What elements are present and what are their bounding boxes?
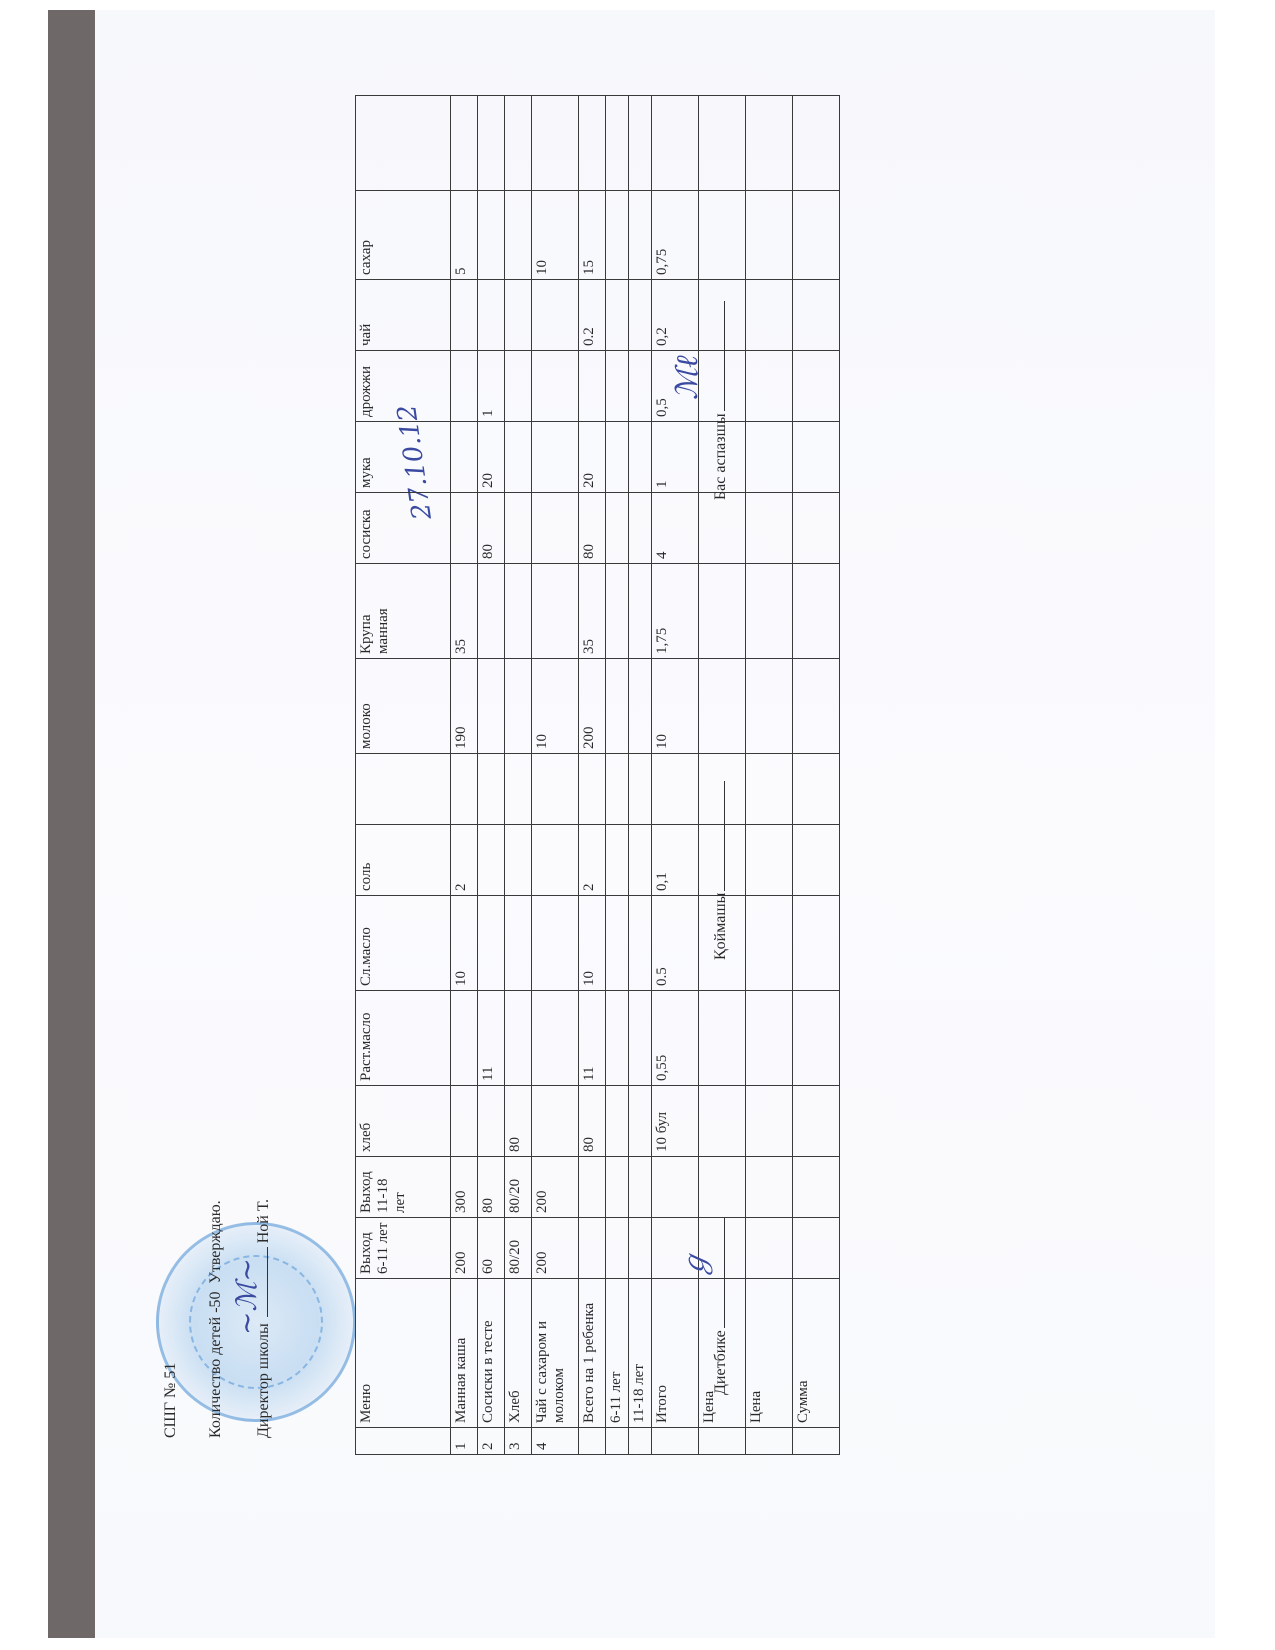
table-cell: Сосиски в тесте	[478, 1279, 505, 1428]
table-cell: 0.5	[652, 896, 699, 991]
table-cell: 15	[579, 191, 606, 280]
table-cell: Итого	[652, 1279, 699, 1428]
table-cell	[793, 896, 840, 991]
approved-label: Утверждаю.	[207, 1200, 224, 1283]
table-cell: 1	[478, 351, 505, 422]
table-cell	[532, 1086, 579, 1157]
column-header: дрожжи	[356, 351, 451, 422]
table-cell	[532, 422, 579, 493]
table-cell	[746, 564, 793, 659]
table-cell	[532, 754, 579, 825]
table-cell	[579, 754, 606, 825]
table-cell	[629, 96, 652, 191]
table-cell: 10	[532, 659, 579, 754]
table-cell	[451, 351, 478, 422]
table-cell	[532, 351, 579, 422]
table-cell	[532, 825, 579, 896]
table-cell	[451, 280, 478, 351]
table-cell: 35	[579, 564, 606, 659]
table-cell: Цена	[746, 1279, 793, 1428]
table-row: Всего на 1 ребенка80111022003580200.215	[579, 96, 606, 1455]
column-header: молоко	[356, 659, 451, 754]
table-cell: 0.2	[579, 280, 606, 351]
column-header	[356, 96, 451, 191]
table-cell	[606, 564, 629, 659]
table-cell	[606, 493, 629, 564]
table-cell	[746, 191, 793, 280]
table-cell	[478, 96, 505, 191]
table-cell	[699, 991, 746, 1086]
table-row: Сумма	[793, 96, 840, 1455]
table-cell: 10 бул	[652, 1086, 699, 1157]
table-cell	[793, 754, 840, 825]
table-cell	[478, 659, 505, 754]
table-cell: 10	[532, 191, 579, 280]
table-cell: 60	[478, 1218, 505, 1279]
table-header-row: МенюВыход 6-11 летВыход 11-18 летхлебРас…	[356, 96, 451, 1455]
table-cell: 10	[451, 896, 478, 991]
table-cell	[629, 825, 652, 896]
table-cell	[505, 896, 532, 991]
head-cook-signature: ℳℓ	[670, 355, 705, 400]
column-header: Меню	[356, 1279, 451, 1428]
table-row: 1Манная каша200300102190355	[451, 96, 478, 1455]
column-header: соль	[356, 825, 451, 896]
head-cook-signature-field: Бас аспазшы	[710, 301, 730, 500]
table-cell	[746, 351, 793, 422]
table-cell	[606, 991, 629, 1086]
table-cell: 200	[451, 1218, 478, 1279]
column-header: Сл.масло	[356, 896, 451, 991]
table-cell: 11-18 лет	[629, 1279, 652, 1428]
table-cell: 10	[579, 896, 606, 991]
table-cell	[746, 825, 793, 896]
table-cell: Манная каша	[451, 1279, 478, 1428]
table-cell: 80	[478, 493, 505, 564]
table-cell	[505, 351, 532, 422]
table-cell: 0,2	[652, 280, 699, 351]
table-cell: 10	[652, 659, 699, 754]
table-cell	[699, 96, 746, 191]
column-header: сосиска	[356, 493, 451, 564]
table-row: Цена	[746, 96, 793, 1455]
table-cell: 0,1	[652, 825, 699, 896]
table-cell	[793, 422, 840, 493]
table-row: 6-11 лет	[606, 96, 629, 1455]
table-cell	[746, 1157, 793, 1218]
document-page: СШГ № 51 Количество детей -50 Утверждаю.…	[110, 80, 990, 1580]
table-cell	[451, 1086, 478, 1157]
school-name: СШГ № 51	[162, 1363, 180, 1438]
table-cell	[505, 280, 532, 351]
table-cell	[451, 754, 478, 825]
table-cell	[629, 493, 652, 564]
table-cell	[606, 1157, 629, 1218]
table-cell	[629, 564, 652, 659]
table-cell	[699, 493, 746, 564]
column-header: мука	[356, 422, 451, 493]
director-name: Ной Т.	[255, 1199, 272, 1243]
column-header	[356, 1428, 451, 1455]
table-cell	[579, 351, 606, 422]
table-cell	[505, 564, 532, 659]
table-cell	[579, 1428, 606, 1455]
table-cell: 2	[451, 825, 478, 896]
table-cell	[606, 422, 629, 493]
table-row: 3Хлеб80/2080/2080	[505, 96, 532, 1455]
table-cell: 20	[478, 422, 505, 493]
table-cell	[505, 825, 532, 896]
table-cell	[532, 991, 579, 1086]
table-cell	[606, 825, 629, 896]
table-cell	[793, 564, 840, 659]
table-cell: 1	[451, 1428, 478, 1455]
column-header: Крупа манная	[356, 564, 451, 659]
table-cell	[793, 1086, 840, 1157]
table-cell	[629, 991, 652, 1086]
table-cell	[532, 564, 579, 659]
dietitian-signature: ℊ	[670, 1250, 714, 1280]
table-cell	[746, 896, 793, 991]
table-cell	[652, 754, 699, 825]
table-cell: 1	[652, 422, 699, 493]
table-cell: 300	[451, 1157, 478, 1218]
column-header: Выход 11-18 лет	[356, 1157, 451, 1218]
table-cell	[793, 825, 840, 896]
children-count-line: Количество детей -50 Утверждаю.	[207, 1200, 225, 1438]
table-cell	[746, 659, 793, 754]
table-cell: 0,75	[652, 191, 699, 280]
table-cell	[505, 191, 532, 280]
table-cell	[629, 191, 652, 280]
table-cell	[606, 96, 629, 191]
table-cell	[451, 96, 478, 191]
table-cell: 190	[451, 659, 478, 754]
table-cell	[652, 1428, 699, 1455]
table-cell	[793, 1428, 840, 1455]
table-cell	[629, 280, 652, 351]
table-cell	[478, 1086, 505, 1157]
table-cell	[793, 1157, 840, 1218]
table-cell	[699, 564, 746, 659]
table-cell	[699, 1428, 746, 1455]
table-cell: 80/20	[505, 1218, 532, 1279]
table-cell	[629, 1086, 652, 1157]
scanner-edge	[48, 10, 95, 1638]
table-cell	[793, 191, 840, 280]
table-cell	[746, 991, 793, 1086]
table-cell	[793, 280, 840, 351]
signature-line	[710, 781, 725, 891]
table-cell	[746, 1218, 793, 1279]
table-cell	[478, 191, 505, 280]
storekeeper-signature-field: Қоймашы	[710, 781, 730, 960]
table-cell: Хлеб	[505, 1279, 532, 1428]
table-cell	[652, 1157, 699, 1218]
menu-table: МенюВыход 6-11 летВыход 11-18 летхлебРас…	[355, 95, 840, 1455]
table-cell	[532, 96, 579, 191]
table-cell	[793, 96, 840, 191]
table-cell	[478, 896, 505, 991]
table-cell: 200	[532, 1157, 579, 1218]
column-header: чай	[356, 280, 451, 351]
table-cell	[606, 896, 629, 991]
table-cell	[793, 493, 840, 564]
head-cook-label: Бас аспазшы	[712, 413, 729, 500]
table-cell	[629, 1218, 652, 1279]
table-cell	[793, 659, 840, 754]
table-cell	[606, 1218, 629, 1279]
table-cell	[606, 280, 629, 351]
table-cell: 80	[579, 1086, 606, 1157]
table-cell	[746, 96, 793, 191]
table-cell	[606, 191, 629, 280]
signature-line	[710, 301, 725, 411]
director-signature: ~ℳ~	[230, 1258, 263, 1335]
table-cell: 11	[478, 991, 505, 1086]
table-cell	[629, 754, 652, 825]
table-cell: 5	[451, 191, 478, 280]
table-cell	[505, 754, 532, 825]
table-cell	[532, 493, 579, 564]
table-cell	[606, 659, 629, 754]
table-cell	[699, 1086, 746, 1157]
table-cell: 2	[579, 825, 606, 896]
table-cell: 6-11 лет	[606, 1279, 629, 1428]
table-cell	[579, 96, 606, 191]
table-cell	[579, 1218, 606, 1279]
table-row: 4Чай с сахаром и молоком2002001010	[532, 96, 579, 1455]
table-cell	[451, 493, 478, 564]
table-cell	[746, 1428, 793, 1455]
table-cell	[505, 991, 532, 1086]
table-cell: 4	[532, 1428, 579, 1455]
table-cell: 80/20	[505, 1157, 532, 1218]
table-cell: Всего на 1 ребенка	[579, 1279, 606, 1428]
table-cell	[532, 280, 579, 351]
table-cell	[746, 493, 793, 564]
table-cell	[793, 351, 840, 422]
column-header	[356, 754, 451, 825]
table-body: 1Манная каша2003001021903552Сосиски в те…	[451, 96, 840, 1455]
table-cell	[629, 1428, 652, 1455]
table-cell	[699, 1157, 746, 1218]
column-header: Раст.масло	[356, 991, 451, 1086]
table-row: 11-18 лет	[629, 96, 652, 1455]
table-cell: 80	[579, 493, 606, 564]
column-header: Выход 6-11 лет	[356, 1218, 451, 1279]
table-cell	[478, 825, 505, 896]
table-cell: 2	[478, 1428, 505, 1455]
table-cell	[478, 280, 505, 351]
table-cell: 200	[532, 1218, 579, 1279]
table-cell	[746, 280, 793, 351]
table-cell	[629, 1157, 652, 1218]
children-count: Количество детей -50	[207, 1291, 224, 1438]
table-cell	[652, 96, 699, 191]
table-cell	[478, 564, 505, 659]
table-row: 2Сосиски в тесте60801180201	[478, 96, 505, 1455]
table-cell: 11	[579, 991, 606, 1086]
table-cell	[505, 493, 532, 564]
table-cell: 1,75	[652, 564, 699, 659]
table-cell	[699, 191, 746, 280]
table-cell	[606, 1428, 629, 1455]
table-cell: 4	[652, 493, 699, 564]
table-cell	[793, 1218, 840, 1279]
table-cell	[629, 659, 652, 754]
table-cell: 80	[478, 1157, 505, 1218]
table-cell: 80	[505, 1086, 532, 1157]
table-cell	[451, 991, 478, 1086]
table-cell: Сумма	[793, 1279, 840, 1428]
table-cell	[579, 1157, 606, 1218]
table-cell: 3	[505, 1428, 532, 1455]
dietitian-signature-field: Диетбике	[710, 1218, 730, 1395]
dietitian-label: Диетбике	[712, 1330, 729, 1395]
table-cell	[505, 422, 532, 493]
table-cell	[793, 991, 840, 1086]
column-header: хлеб	[356, 1086, 451, 1157]
table-cell	[532, 896, 579, 991]
table-cell: 200	[579, 659, 606, 754]
table-cell: 0,55	[652, 991, 699, 1086]
table-cell	[746, 422, 793, 493]
table-cell	[746, 754, 793, 825]
table-cell	[629, 896, 652, 991]
table-cell	[478, 754, 505, 825]
table-cell: Чай с сахаром и молоком	[532, 1279, 579, 1428]
table-cell: 35	[451, 564, 478, 659]
table-cell	[505, 659, 532, 754]
table-cell: 20	[579, 422, 606, 493]
director-label: Директор школы	[255, 1323, 272, 1438]
table-cell	[629, 422, 652, 493]
table-cell	[699, 659, 746, 754]
table-cell	[451, 422, 478, 493]
table-cell	[606, 754, 629, 825]
table-cell	[606, 351, 629, 422]
table-cell	[606, 1086, 629, 1157]
table-cell	[505, 96, 532, 191]
column-header: сахар	[356, 191, 451, 280]
table-cell	[746, 1086, 793, 1157]
storekeeper-label: Қоймашы	[712, 893, 729, 960]
table-cell	[629, 351, 652, 422]
